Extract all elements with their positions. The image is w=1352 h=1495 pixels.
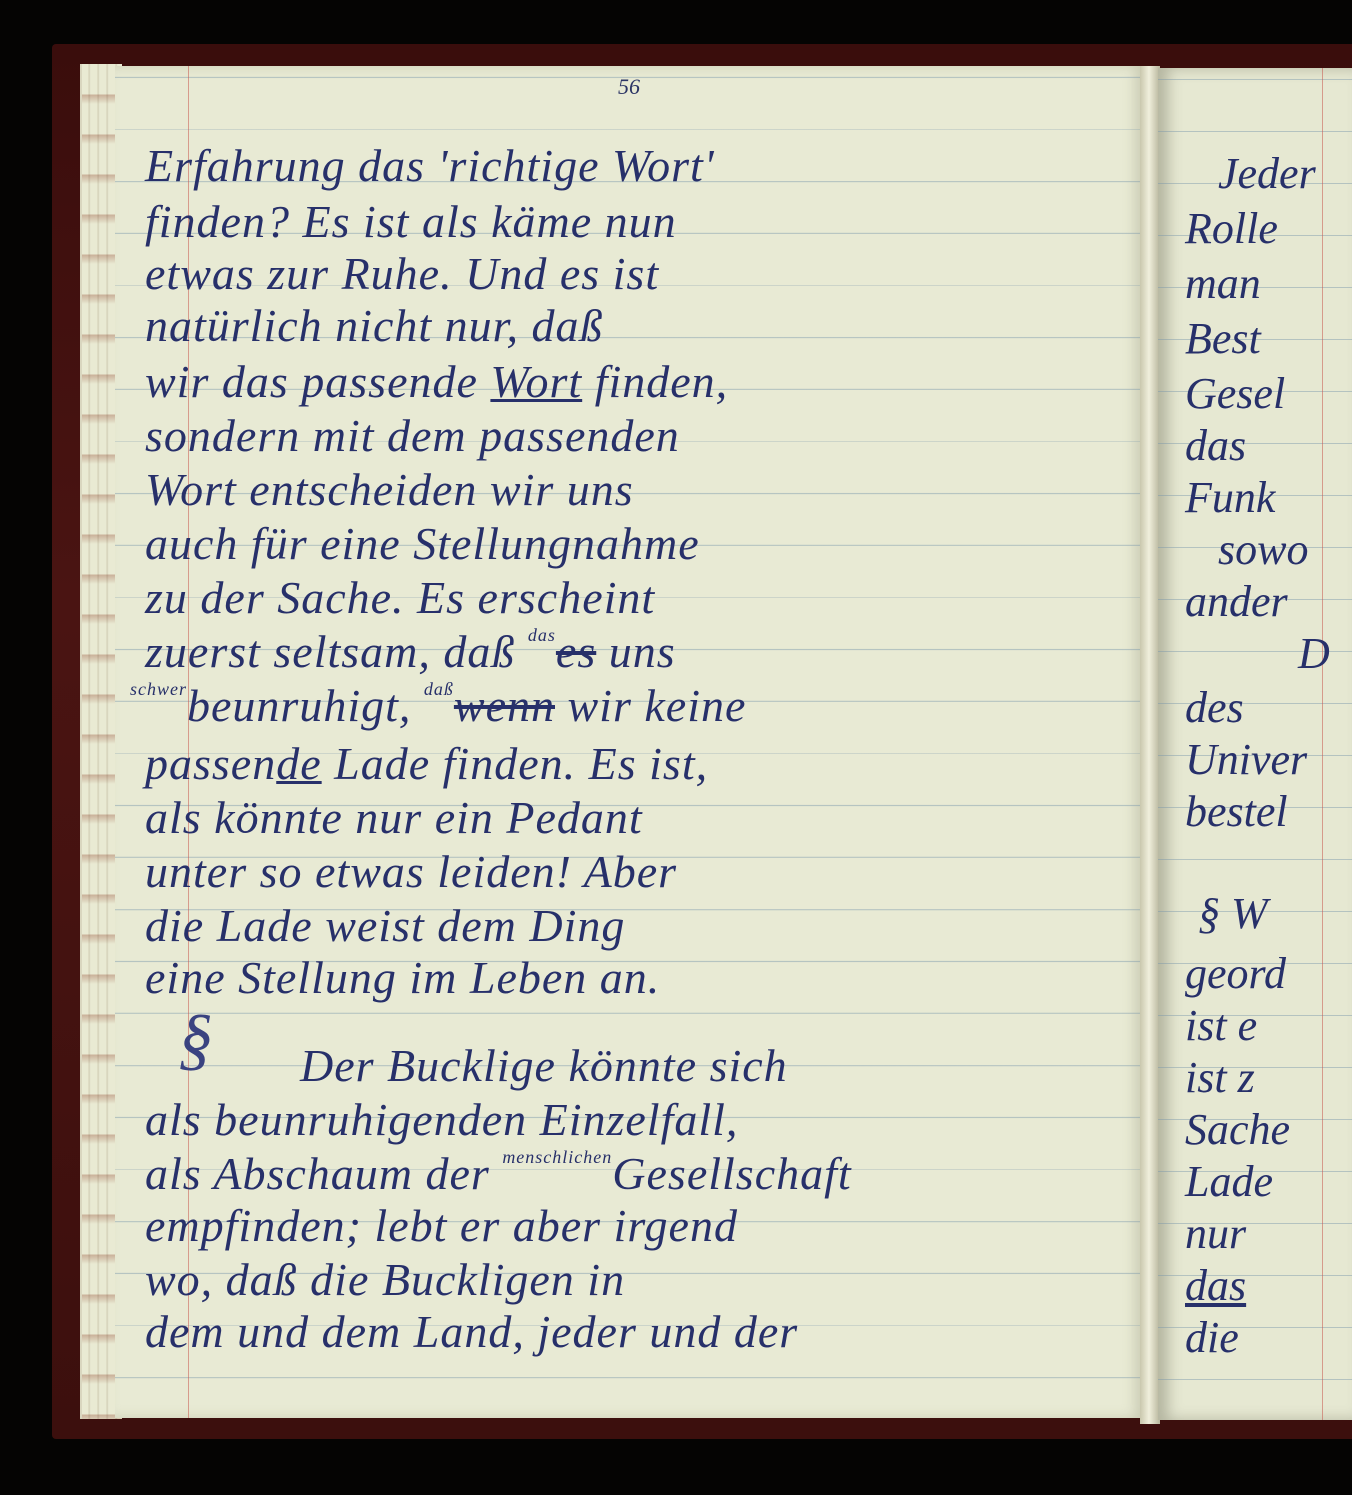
- text-line-11: schwerbeunruhigt, daßwenn wir keine: [130, 680, 746, 741]
- text-line-8: auch für eine Stellungnahme: [145, 518, 700, 570]
- struck-word: wenn: [454, 680, 555, 731]
- fragment-line: Sache: [1185, 1104, 1290, 1156]
- fragment-line: des: [1185, 682, 1244, 734]
- text-fragment: finden,: [582, 356, 728, 407]
- text-line-14: unter so etwas leiden! Aber: [145, 846, 677, 898]
- text-line-15: die Lade weist dem Ding: [145, 900, 625, 952]
- text-line-21: wo, daß die Buckligen in: [145, 1254, 625, 1306]
- text-line-10: zuerst seltsam, daß dases uns: [145, 626, 676, 687]
- text-line-2: finden? Es ist als käme nun: [145, 196, 677, 248]
- fragment-line: bestel: [1185, 786, 1288, 838]
- text-line-13: als könnte nur ein Pedant: [145, 792, 643, 844]
- fragment-line: D: [1298, 628, 1330, 680]
- underlined-word: de: [276, 738, 321, 789]
- text-fragment: Lade finden. Es ist,: [322, 738, 708, 789]
- text-line-5: wir das passende Wort finden,: [145, 356, 728, 408]
- fragment-line: das: [1185, 420, 1246, 472]
- text-line-1: Erfahrung das 'richtige Wort': [145, 140, 715, 192]
- paragraph-mark: §: [178, 1000, 213, 1080]
- inserted-word: das: [528, 625, 556, 645]
- fragment-line: Gesel: [1185, 368, 1285, 420]
- fragment-line: Best: [1185, 313, 1261, 365]
- fragment-line: Jeder: [1218, 148, 1316, 200]
- page-number: 56: [618, 74, 640, 100]
- text-line-3: etwas zur Ruhe. Und es ist: [145, 248, 659, 300]
- fragment-line: Lade: [1185, 1156, 1273, 1208]
- fragment-line: man: [1185, 258, 1261, 310]
- fragment-line: nur: [1185, 1208, 1246, 1260]
- text-fragment: zuerst seltsam, daß: [145, 626, 528, 677]
- fragment-line: Funk: [1185, 472, 1275, 524]
- fragment-line: die: [1185, 1312, 1239, 1364]
- text-line-18: als beunruhigenden Einzelfall,: [145, 1094, 738, 1146]
- text-line-6: sondern mit dem passenden: [145, 410, 680, 462]
- fragment-line: ist e: [1185, 1000, 1257, 1052]
- right-page-text: Jeder Rolle man Best Gesel das Funk sowo…: [1158, 68, 1352, 1420]
- text-fragment: wir keine: [555, 680, 746, 731]
- underlined-word: Wort: [490, 356, 582, 407]
- text-line-20: empfinden; lebt er aber irgend: [145, 1200, 738, 1252]
- text-fragment: beunruhigt,: [187, 680, 424, 731]
- fragment-line: Rolle: [1185, 203, 1278, 255]
- text-fragment: uns: [596, 626, 675, 677]
- fragment-line: sowo: [1218, 524, 1308, 576]
- text-fragment: wir das passende: [145, 356, 490, 407]
- fragment-line: das: [1185, 1260, 1246, 1312]
- margin-note: schwer: [130, 679, 187, 699]
- fragment-line: Univer: [1185, 734, 1307, 786]
- text-line-9: zu der Sache. Es erscheint: [145, 572, 655, 624]
- book-gutter: [1140, 66, 1160, 1424]
- text-line-4: natürlich nicht nur, daß: [145, 300, 603, 352]
- text-fragment: als Abschaum der: [145, 1148, 502, 1199]
- fragment-line: ander: [1185, 576, 1288, 628]
- fragment-line: ist z: [1185, 1052, 1255, 1104]
- struck-word: es: [556, 626, 596, 677]
- text-line-12: passende Lade finden. Es ist,: [145, 738, 708, 790]
- text-fragment: passen: [145, 738, 276, 789]
- text-fragment: Gesellschaft: [612, 1148, 851, 1199]
- inserted-word: daß: [424, 679, 454, 699]
- text-line-7: Wort entscheiden wir uns: [145, 464, 634, 516]
- fragment-line: § W: [1198, 888, 1268, 940]
- fragment-line: geord: [1185, 948, 1286, 1000]
- inserted-word: menschlichen: [502, 1147, 612, 1167]
- text-line-17: Der Bucklige könnte sich: [300, 1040, 788, 1092]
- text-line-22: dem und dem Land, jeder und der: [145, 1306, 798, 1358]
- text-line-16: eine Stellung im Leben an.: [145, 952, 660, 1004]
